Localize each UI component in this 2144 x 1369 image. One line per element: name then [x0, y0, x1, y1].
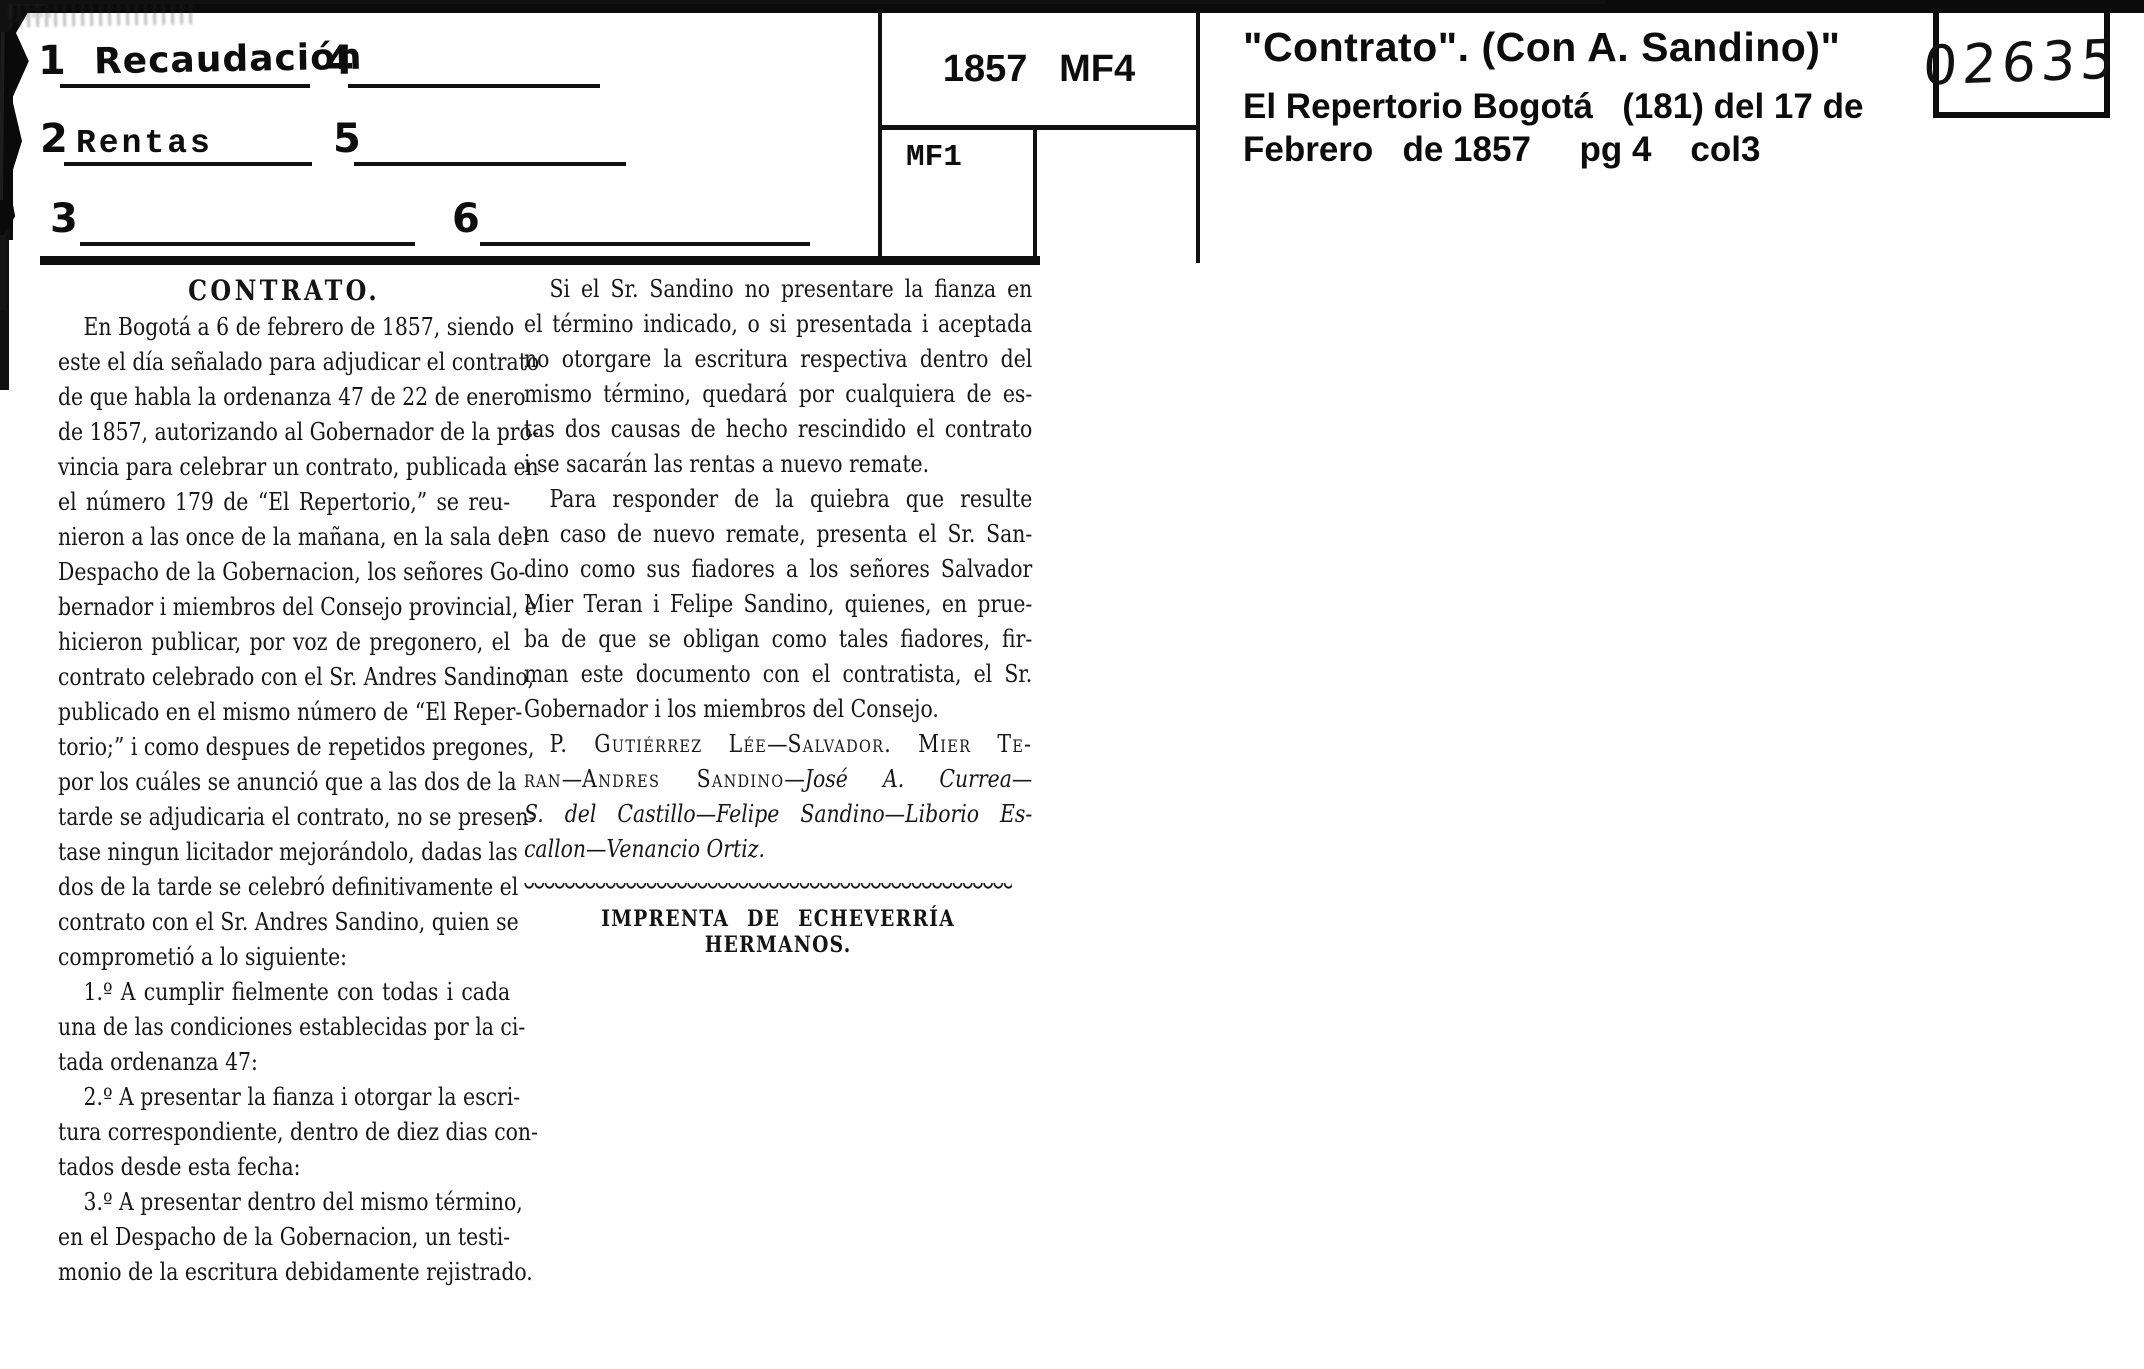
article-line: hicieron publicar, por voz de pregonero,… — [58, 625, 510, 660]
article-line: tura correspondiente, dentro de diez dia… — [58, 1115, 510, 1150]
article-line: torio;” i como despues de repetidos preg… — [58, 730, 510, 765]
article-column-middle: Si el Sr. Sandino no presentare la fianz… — [524, 272, 1032, 958]
text-segment: hicieron publicar, por voz de pregonero,… — [58, 628, 510, 656]
text-segment: monio de la escritura debidamente rejist… — [58, 1258, 533, 1286]
article-line: en el Despacho de la Gobernacion, un tes… — [58, 1220, 510, 1255]
article-line: dino como sus fiadores a los señores Sal… — [524, 552, 1032, 587]
text-segment: Gobernador i los miembros del Consejo. — [524, 695, 939, 723]
text-segment: nieron a las once de la mañana, en la sa… — [58, 523, 529, 551]
header-source-line: El Repertorio Bogotá (181) del 17 de — [1243, 87, 1923, 127]
article-line: 1.º A cumplir fielmente con todas i cada — [58, 975, 510, 1010]
text-segment: Salvador. Mier Te- — [788, 730, 1033, 758]
article-line: contrato con el Sr. Andres Sandino, quie… — [58, 905, 510, 940]
text-segment: Mier Teran i Felipe Sandino, quienes, en… — [524, 590, 1032, 618]
text-segment: publicado en el mismo número de “El Repe… — [58, 698, 522, 726]
form-field-4: 4 — [326, 34, 606, 88]
article-line: de 1857, autorizando al Gobernador de la… — [58, 415, 510, 450]
article-line: mismo término, quedará por cualquiera de… — [524, 377, 1032, 412]
article-body-left: En Bogotá a 6 de febrero de 1857, siendo… — [58, 310, 510, 1290]
stamp-year-code: 1857 MF4 — [882, 13, 1196, 125]
text-segment: ran — [524, 765, 562, 793]
article-line: por los cuáles se anunció que a las dos … — [58, 765, 510, 800]
article-line: tados desde esta fecha: — [58, 1150, 510, 1185]
article-line: En Bogotá a 6 de febrero de 1857, siendo — [58, 310, 510, 345]
stamp-lower-row: MF1 — [882, 125, 1196, 263]
article-line: nieron a las once de la mañana, en la sa… — [58, 520, 510, 555]
article-line: 3.º A presentar dentro del mismo término… — [58, 1185, 510, 1220]
article-line: Si el Sr. Sandino no presentare la fianz… — [524, 272, 1032, 307]
text-segment: tarde se adjudicaria el contrato, no se … — [58, 803, 535, 831]
field-number: 2 — [40, 116, 68, 162]
text-segment: mismo término, quedará por cualquiera de… — [524, 380, 1032, 408]
catalog-number-box: 02635 — [1933, 8, 2110, 118]
form-field-3: 3 — [50, 192, 430, 246]
field-underline — [80, 242, 415, 246]
text-segment: contrato celebrado con el Sr. Andres San… — [58, 663, 534, 691]
article-line: no otorgare la escritura respectiva dent… — [524, 342, 1032, 377]
article-line: el término indicado, o si presentada i a… — [524, 307, 1032, 342]
article-line: dos de la tarde se celebró definitivamen… — [58, 870, 510, 905]
text-segment: man este documento con el contratista, e… — [524, 660, 1032, 688]
article-line: contrato celebrado con el Sr. Andres San… — [58, 660, 510, 695]
article-line: P. Gutiérrez Lée—Salvador. Mier Te- — [524, 727, 1032, 762]
article-line: tase ningun licitador mejorándolo, dadas… — [58, 835, 510, 870]
article-line: de que habla la ordenanza 47 de 22 de en… — [58, 380, 510, 415]
field-number: 1 — [38, 38, 66, 84]
text-segment: En Bogotá a 6 de febrero de 1857, siendo — [84, 313, 515, 341]
text-segment: Despacho de la Gobernacion, los señores … — [58, 558, 525, 586]
text-segment: dino como sus fiadores a los señores Sal… — [524, 555, 1032, 583]
article-line: comprometió a lo siguiente: — [58, 940, 510, 975]
text-segment: Si el Sr. Sandino no presentare la fianz… — [550, 275, 1033, 303]
field-underline — [348, 84, 600, 88]
text-segment: vincia para celebrar un contrato, public… — [58, 453, 539, 481]
article-line: man este documento con el contratista, e… — [524, 657, 1032, 692]
field-number: 4 — [326, 38, 354, 84]
text-segment: torio;” i como despues de repetidos preg… — [58, 733, 534, 761]
article-line: tas dos causas de hecho rescindido el co… — [524, 412, 1032, 447]
header-divider-rule — [40, 256, 1040, 265]
text-segment: de 1857, autorizando al Gobernador de la… — [58, 418, 539, 446]
text-segment: P. Gutiérrez Lée — [550, 730, 768, 758]
article-body-middle: Si el Sr. Sandino no presentare la fianz… — [524, 272, 1032, 867]
article-line: el número 179 de “El Repertorio,” se reu… — [58, 485, 510, 520]
field-underline — [480, 242, 810, 246]
text-segment: 3.º A presentar dentro del mismo término… — [84, 1188, 523, 1216]
text-segment: una de las condiciones establecidas por … — [58, 1013, 525, 1041]
article-line: ba de que se obligan como tales fiadores… — [524, 622, 1032, 657]
article-line: i se sacarán las rentas a nuevo remate. — [524, 447, 1032, 482]
article-line: este el día señalado para adjudicar el c… — [58, 345, 510, 380]
bottom-corner-tick — [0, 0, 5, 32]
article-line: Gobernador i los miembros del Consejo. — [524, 692, 1032, 727]
form-field-6: 6 — [452, 192, 832, 246]
field-underline — [60, 84, 310, 88]
wavy-rule — [524, 883, 1012, 892]
text-segment: Para responder de la quiebra que resulte — [550, 485, 1033, 513]
printer-imprint: IMPRENTA DE ECHEVERRÍA HERMANOS. — [524, 906, 1032, 958]
text-segment: contrato con el Sr. Andres Sandino, quie… — [58, 908, 519, 936]
form-field-5: 5 — [333, 112, 633, 166]
article-column-left: CONTRATO. En Bogotá a 6 de febrero de 18… — [58, 272, 510, 1290]
article-line: Mier Teran i Felipe Sandino, quienes, en… — [524, 587, 1032, 622]
text-segment: tados desde esta fecha: — [58, 1153, 300, 1181]
article-line: monio de la escritura debidamente rejist… — [58, 1255, 510, 1290]
text-segment: — — [784, 765, 804, 793]
article-line: tarde se adjudicaria el contrato, no se … — [58, 800, 510, 835]
ink-blot — [0, 0, 40, 235]
text-segment: en caso de nuevo remate, presenta el Sr.… — [524, 520, 1032, 548]
text-segment: José A. Currea— — [805, 765, 1033, 793]
text-segment: tada ordenanza 47: — [58, 1048, 258, 1076]
article-line: ran—Andres Sandino—José A. Currea— — [524, 762, 1032, 797]
text-segment: 2.º A presentar la fianza i otorgar la e… — [84, 1083, 521, 1111]
form-field-2: 2 Rentas — [40, 112, 320, 166]
scanned-document-page: { "page": { "form": { "fields": [ {"num"… — [0, 0, 2144, 1369]
text-segment: tase ningun licitador mejorándolo, dadas… — [58, 838, 518, 866]
article-line: S. del Castillo—Felipe Sandino—Liborio E… — [524, 797, 1032, 832]
field-underline — [64, 162, 312, 166]
article-line: callon—Venancio Ortiz. — [524, 832, 1032, 867]
article-line: bernador i miembros del Consejo provinci… — [58, 590, 510, 625]
text-segment: ba de que se obligan como tales fiadores… — [524, 625, 1032, 653]
text-segment: i se sacarán las rentas a nuevo remate. — [524, 450, 929, 478]
text-segment: no otorgare la escritura respectiva dent… — [524, 345, 1032, 373]
text-segment: tura correspondiente, dentro de diez dia… — [58, 1118, 538, 1146]
text-segment: S. del Castillo—Felipe Sandino—Liborio E… — [524, 800, 1032, 828]
text-segment: en el Despacho de la Gobernacion, un tes… — [58, 1223, 510, 1251]
article-line: en caso de nuevo remate, presenta el Sr.… — [524, 517, 1032, 552]
header-title: "Contrato". (Con A. Sandino)" — [1243, 24, 1923, 71]
stamp-cell-mf1: MF1 — [882, 130, 1037, 263]
catalog-number: 02635 — [1922, 27, 2122, 97]
field-number: 6 — [452, 196, 480, 242]
text-segment: Andres Sandino — [582, 765, 784, 793]
article-line: vincia para celebrar un contrato, public… — [58, 450, 510, 485]
column-content: CONTRATO. En Bogotá a 6 de febrero de 18… — [58, 272, 510, 1290]
field-value-handwritten: Recaudación — [94, 37, 363, 83]
text-segment: — — [562, 765, 582, 793]
article-line: una de las condiciones establecidas por … — [58, 1010, 510, 1045]
classification-stamp-box: 1857 MF4 MF1 — [878, 13, 1200, 263]
text-segment: 1.º A cumplir fielmente con todas i cada — [84, 978, 511, 1006]
article-line: publicado en el mismo número de “El Repe… — [58, 695, 510, 730]
field-underline — [354, 162, 626, 166]
typed-header: "Contrato". (Con A. Sandino)" El Reperto… — [1243, 24, 1923, 170]
bottom-rule — [0, 0, 1605, 4]
text-segment: bernador i miembros del Consejo provinci… — [58, 593, 537, 621]
article-line: tada ordenanza 47: — [58, 1045, 510, 1080]
article-line: 2.º A presentar la fianza i otorgar la e… — [58, 1080, 510, 1115]
text-segment: dos de la tarde se celebró definitivamen… — [58, 873, 518, 901]
article-line: Para responder de la quiebra que resulte — [524, 482, 1032, 517]
text-segment: este el día señalado para adjudicar el c… — [58, 348, 539, 376]
field-number: 3 — [50, 196, 78, 242]
text-segment: el término indicado, o si presentada i a… — [524, 310, 1032, 338]
field-number: 5 — [333, 116, 361, 162]
article-line: Despacho de la Gobernacion, los señores … — [58, 555, 510, 590]
stamp-cell-empty — [1037, 130, 1196, 263]
column-content: Si el Sr. Sandino no presentare la fianz… — [524, 272, 1032, 958]
form-field-1: 1 Recaudación — [38, 34, 318, 88]
text-segment: comprometió a lo siguiente: — [58, 943, 347, 971]
text-segment: por los cuáles se anunció que a las dos … — [58, 768, 517, 796]
text-segment: de que habla la ordenanza 47 de 22 de en… — [58, 383, 526, 411]
article-title: CONTRATO. — [58, 272, 510, 310]
text-segment: callon—Venancio Ortiz. — [524, 835, 765, 863]
text-segment: — — [767, 730, 787, 758]
field-value-typed: Rentas — [76, 125, 213, 162]
text-segment: tas dos causas de hecho rescindido el co… — [524, 415, 1032, 443]
text-segment: el número 179 de “El Repertorio,” se reu… — [58, 488, 510, 516]
header-date-line: Febrero de 1857 pg 4 col3 — [1243, 130, 1923, 170]
